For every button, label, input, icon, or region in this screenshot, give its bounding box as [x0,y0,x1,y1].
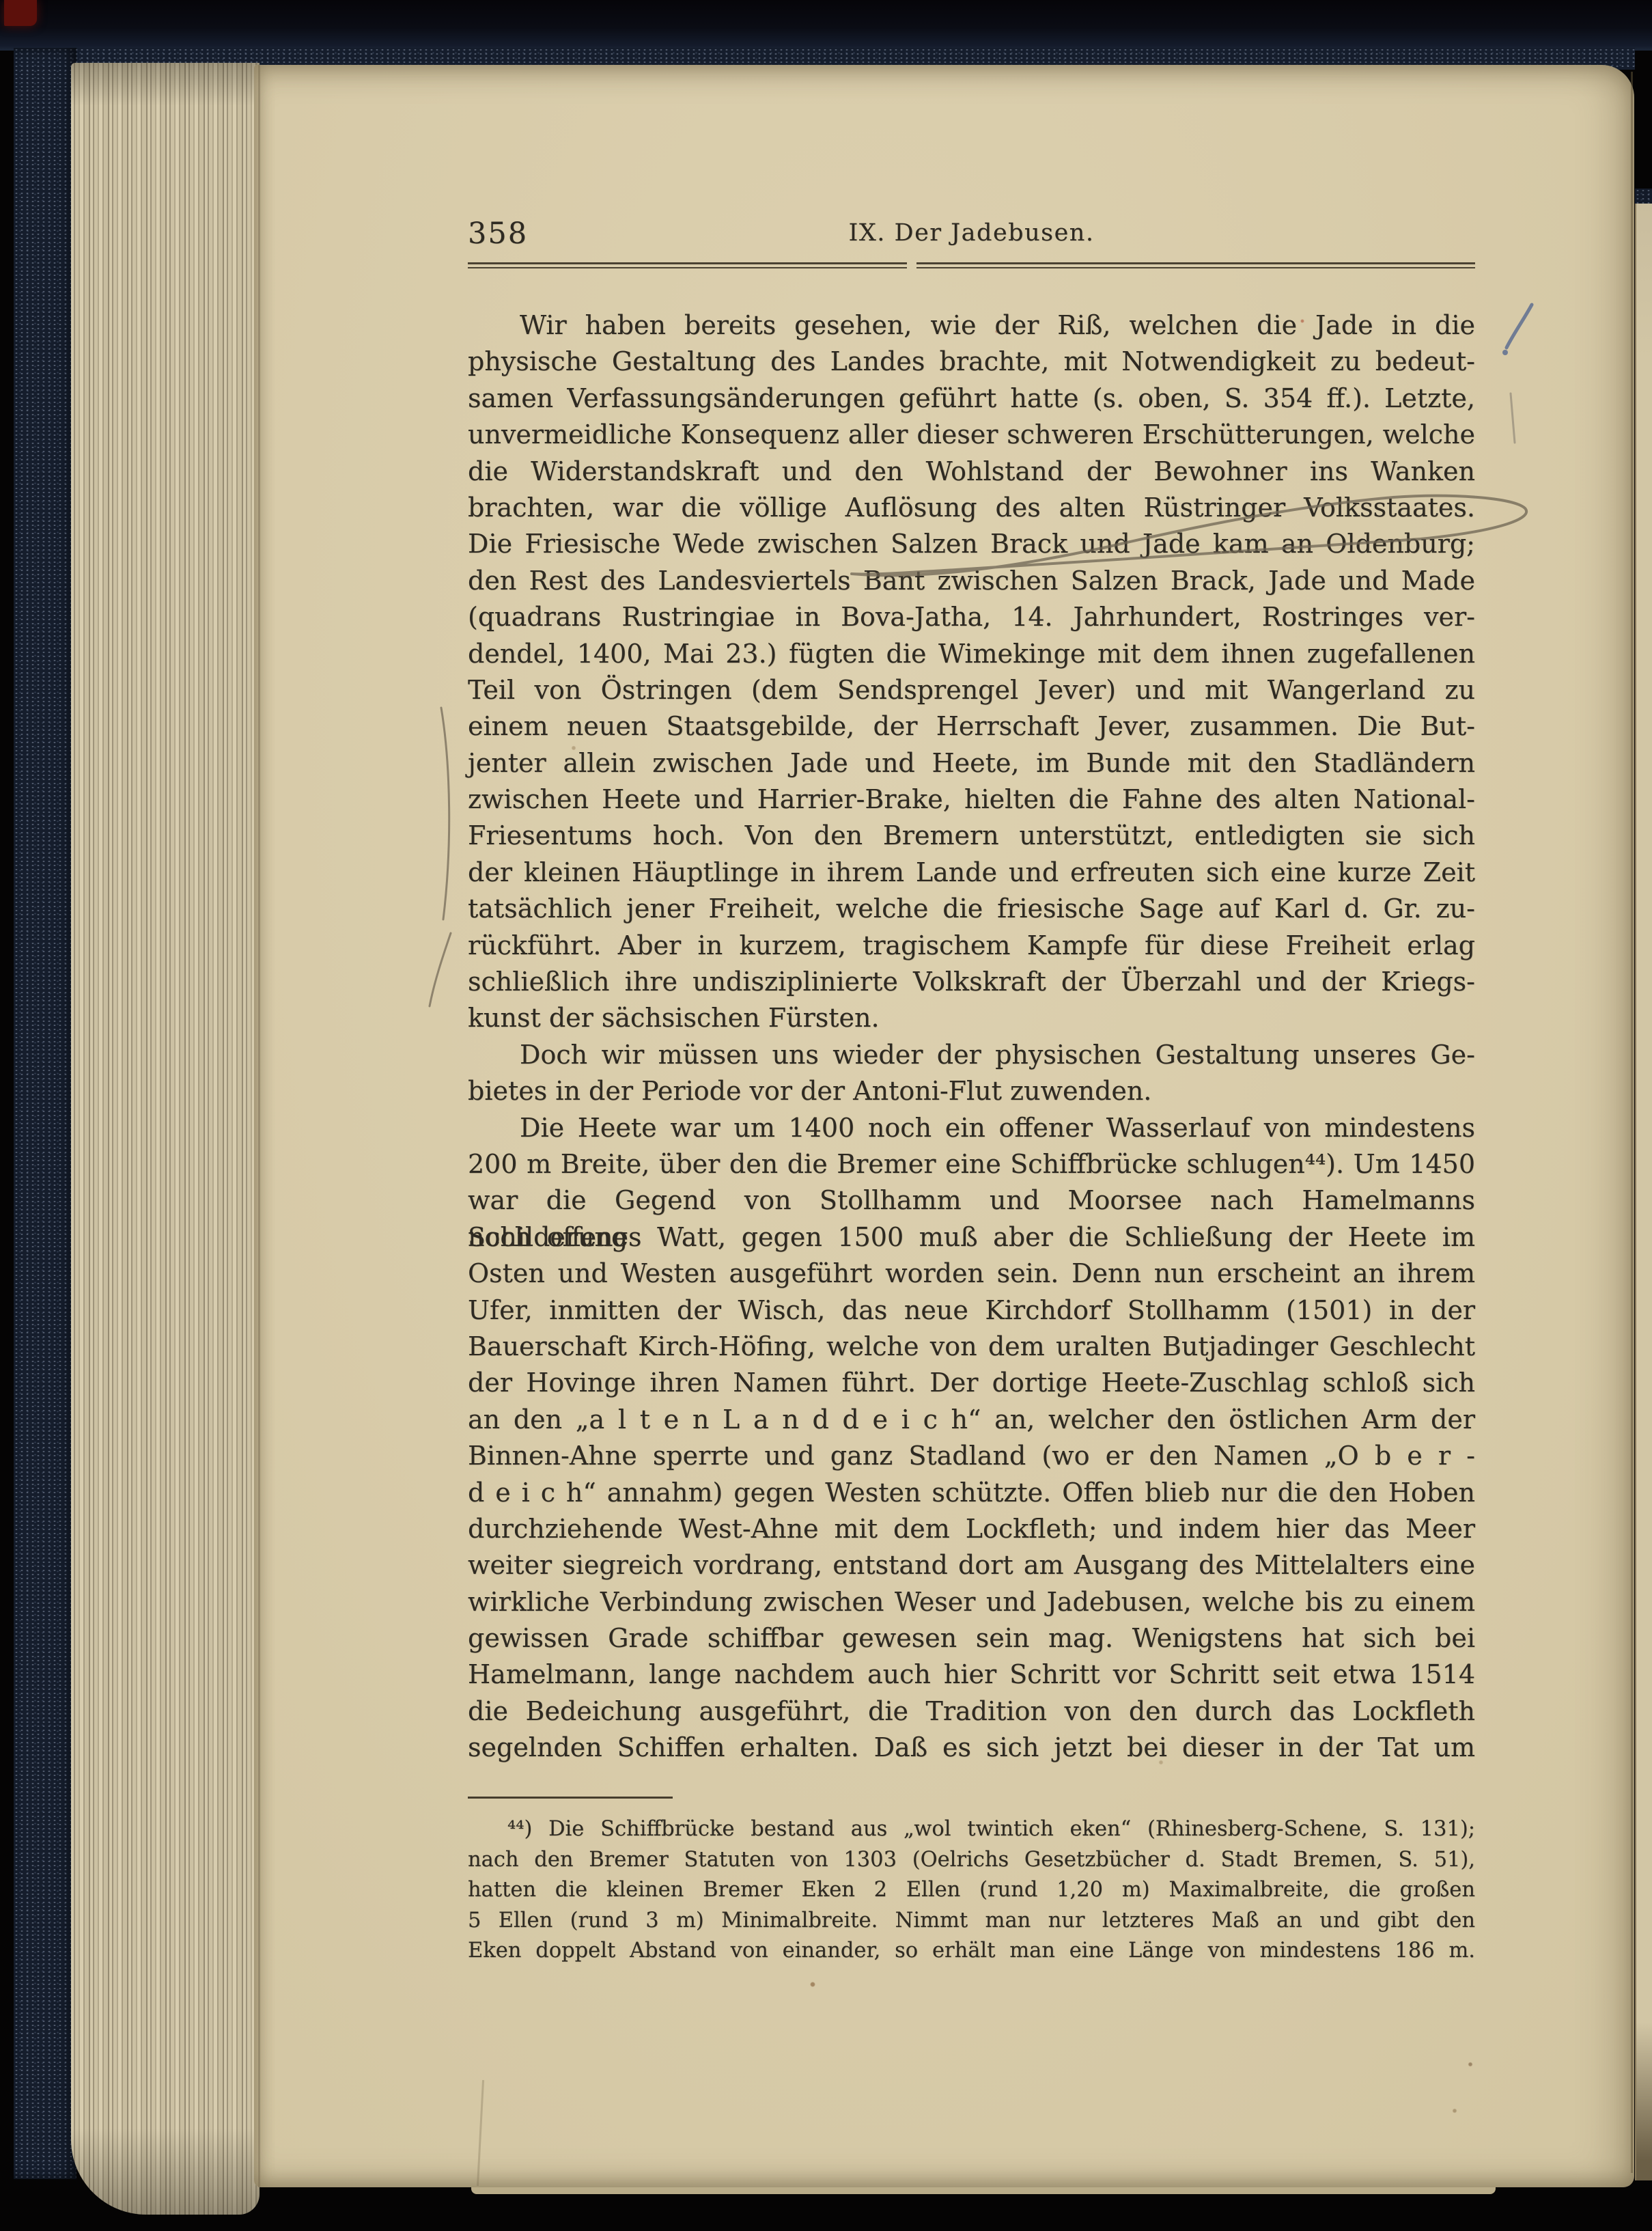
text-line: schließlich ihre undisziplinierte Volksk… [468,964,1475,1000]
header-rule-right [916,262,1475,268]
text-line: brachten, war die völlige Auflösung des … [468,490,1475,526]
text-line: Friesentums hoch. Von den Bremern unters… [468,818,1475,854]
text-line: Hamelmann, lange nachdem auch hier Schri… [468,1657,1475,1693]
text-line: zwischen Heete und Harrier-Brake, hielte… [468,781,1475,818]
text-line: unvermeidliche Konsequenz aller dieser s… [468,417,1475,453]
text-line: weiter siegreich vordrang, entstand dort… [468,1547,1475,1583]
running-head: IX. Der Jadebusen. [468,219,1475,247]
text-line: samen Verfassungsänderungen geführt hatt… [468,380,1475,417]
footnote-line: ⁴⁴) Die Schiffbrücke bestand aus „wol tw… [468,1814,1475,1845]
text-line: die Widerstandskraft und den Wohlstand d… [468,454,1475,490]
text-line: bietes in der Periode vor der Antoni-Flu… [468,1073,1475,1109]
footnote-rule [468,1797,673,1799]
text-line: Binnen-Ahne sperrte und ganz Stadland (w… [468,1438,1475,1474]
text-line: Bauerschaft Kirch-Höfing, welche von dem… [468,1329,1475,1365]
text-line: an den „a l t e n L a n d d e i c h“ an,… [468,1402,1475,1438]
page-gutter-crease [1631,72,1633,2173]
footnote-line: 5 Ellen (rund 3 m) Minimalbreite. Nimmt … [468,1906,1475,1937]
text-line: durchziehende West-Ahne mit dem Lockflet… [468,1511,1475,1547]
book-cover-top-edge [0,0,1652,51]
text-line: den Rest des Landesviertels Bant zwische… [468,563,1475,599]
footnote-text: ⁴⁴) Die Schiffbrücke bestand aus „wol tw… [468,1814,1475,1967]
text-line: einem neuen Staatsgebilde, der Herrschaf… [468,708,1475,745]
text-line: Doch wir müssen uns wieder der physische… [468,1037,1475,1073]
text-line: jenter allein zwischen Jade und Heete, i… [468,745,1475,781]
text-line: segelnden Schiffen erhalten. Daß es sich… [468,1730,1475,1766]
text-line: kunst der sächsischen Fürsten. [468,1000,1475,1036]
text-line: 200 m Breite, über den die Bremer eine S… [468,1146,1475,1182]
red-corner-mark [4,0,37,26]
footnote-line: nach den Bremer Statuten von 1303 (Oelri… [468,1845,1475,1876]
text-line: der Hovinge ihren Namen führt. Der dorti… [468,1365,1475,1401]
page-crease-left [258,65,260,2187]
cover-cloth-left [14,48,76,2179]
text-line: Wir haben bereits gesehen, wie der Riß, … [468,307,1475,344]
text-line: noch offenes Watt, gegen 1500 muß aber d… [468,1219,1475,1256]
header-rule-left [468,262,907,268]
text-line: rückführt. Aber in kurzem, tragischem Ka… [468,928,1475,964]
text-line: dendel, 1400, Mai 23.) fügten die Wimeki… [468,636,1475,672]
text-line: d e i c h“ annahm) gegen Westen schützte… [468,1475,1475,1511]
text-line: Die Heete war um 1400 noch ein offener W… [468,1110,1475,1146]
text-line: Ufer, inmitten der Wisch, das neue Kirch… [468,1292,1475,1329]
text-line: Die Friesische Wede zwischen Salzen Brac… [468,526,1475,562]
text-line: gewissen Grade schiffbar gewesen sein ma… [468,1620,1475,1657]
text-line: die Bedeichung ausgeführt, die Tradition… [468,1693,1475,1730]
book-scan-scene: 358 IX. Der Jadebusen. Wir haben bereits… [0,0,1652,2231]
text-line: physische Gestaltung des Landes brachte,… [468,344,1475,380]
body-text: Wir haben bereits gesehen, wie der Riß, … [468,307,1475,1766]
footnote-line: Eken doppelt Abstand von einander, so er… [468,1936,1475,1967]
text-line: Teil von Östringen (dem Sendsprengel Jev… [468,672,1475,708]
page-edge-stack [71,63,260,2215]
text-line: (quadrans Rustringiae in Bova-Jatha, 14.… [468,599,1475,635]
text-line: wirkliche Verbindung zwischen Weser und … [468,1584,1475,1620]
facing-page-sliver [1635,204,1652,2180]
page-header: 358 IX. Der Jadebusen. [468,217,1475,259]
text-line: Osten und Westen ausgeführt worden sein.… [468,1256,1475,1292]
text-line: tatsächlich jener Freiheit, welche die f… [468,891,1475,927]
footnote-line: hatten die kleinen Bremer Eken 2 Ellen (… [468,1875,1475,1906]
scanned-page: 358 IX. Der Jadebusen. Wir haben bereits… [254,65,1634,2187]
text-line: war die Gegend von Stollhamm und Moorsee… [468,1182,1475,1219]
printed-content: 358 IX. Der Jadebusen. Wir haben bereits… [468,65,1475,2187]
text-line: der kleinen Häuptlinge in ihrem Lande un… [468,855,1475,891]
